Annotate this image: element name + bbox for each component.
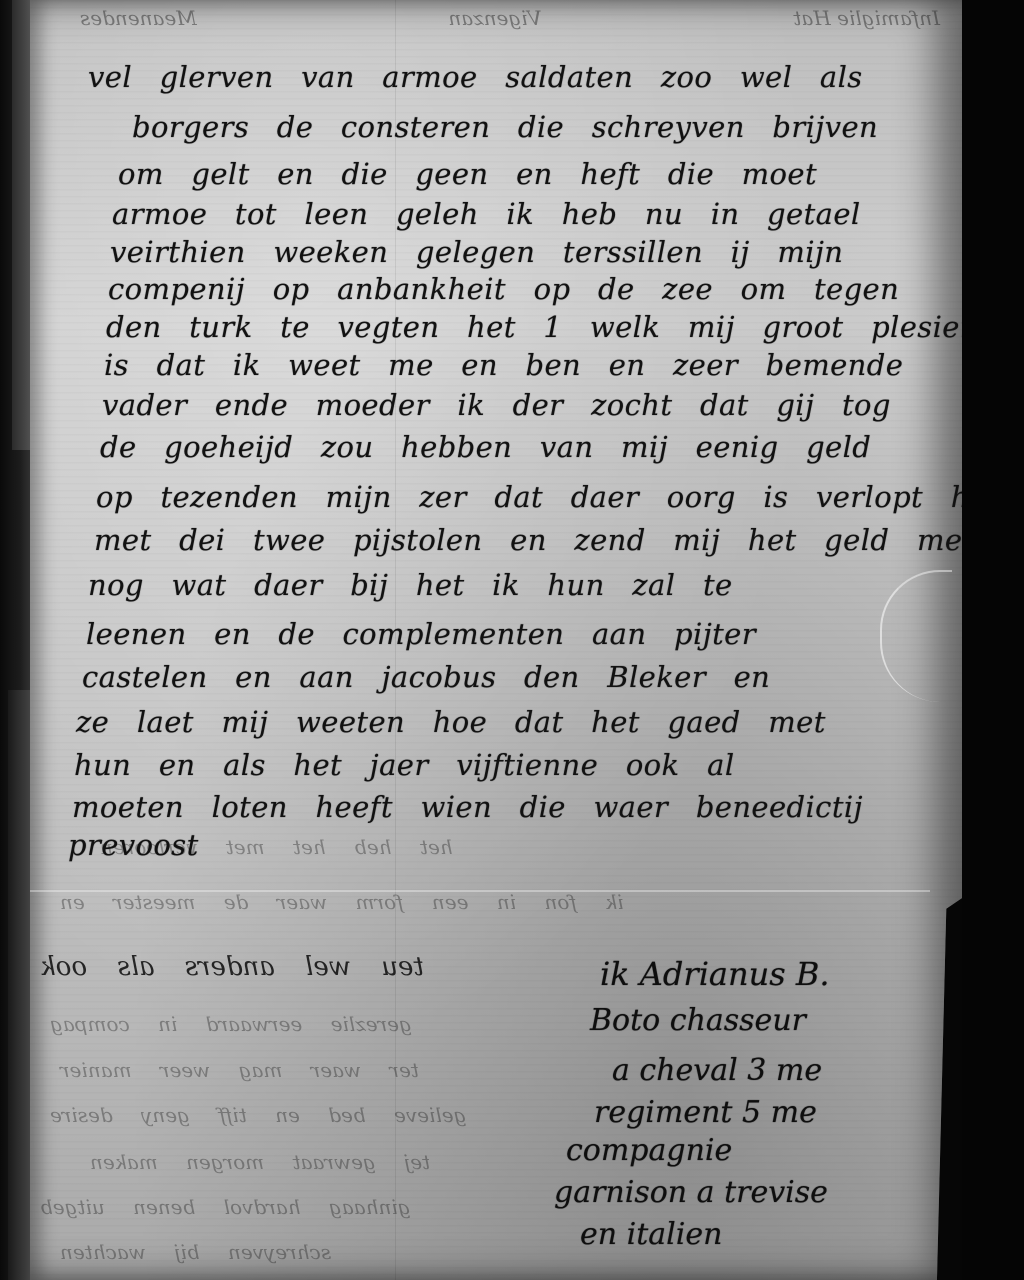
letter-line-11: op tezenden mijn zer dat daer oorg is ve… bbox=[96, 480, 999, 514]
reverse-bleed-line: tej gewraat morgen maken bbox=[90, 1150, 430, 1174]
reverse-bleed-line: gerezlie eerwaard in compag bbox=[50, 1012, 412, 1036]
signature-rank: Boto chasseur bbox=[590, 1003, 806, 1038]
left-gutter bbox=[0, 0, 34, 1280]
letter-line-7: den turk te vegten het 1 welk mij groot … bbox=[106, 310, 974, 344]
reverse-bleed-line: ik fon in een form waer de meester en bbox=[60, 890, 624, 914]
letter-line-17: hun en als het jaer vijftienne ook al bbox=[74, 748, 735, 782]
letter-line-1: vel glerven van armoe saldaten zoo wel a… bbox=[88, 60, 863, 94]
letter-line-16: ze laet mij weeten hoe dat het gaed met bbox=[76, 705, 826, 739]
letter-line-4: armoe tot leen geleh ik heb nu in getael bbox=[112, 197, 861, 231]
reverse-bleed-line: ter waer mag weer manier bbox=[60, 1058, 419, 1082]
header-bleed-word: Infamiglie Hat bbox=[793, 6, 940, 30]
letter-line-15: castelen en aan jacobus den Bleker en bbox=[82, 660, 770, 694]
letter-line-13: nog wat daer bij het ik hun zal te bbox=[88, 568, 733, 602]
letter-line-3: om gelt en die geen en heft die moet bbox=[118, 157, 817, 191]
signature-name: ik Adrianus B. bbox=[600, 955, 830, 993]
reverse-bleed-line: ginhaag hardvol benen uitgeb bbox=[40, 1195, 411, 1219]
signature-unit: a cheval 3 me bbox=[612, 1053, 822, 1088]
signature-company: compagnie bbox=[566, 1133, 732, 1168]
signature-garrison: garnison a trevise bbox=[554, 1175, 828, 1210]
header-bleed-word: Vigenzan bbox=[448, 6, 541, 30]
reverse-bleed-line: schreyven bij wachten bbox=[60, 1240, 331, 1264]
signature-country: en italien bbox=[580, 1217, 722, 1252]
letter-line-5: veirthien weeken gelegen terssillen ij m… bbox=[110, 235, 843, 269]
letter-line-6: compenij op anbankheit op de zee om tege… bbox=[108, 272, 899, 306]
letter-line-8: is dat ik weet me en ben en zeer bemende bbox=[104, 348, 903, 382]
letter-line-19: prevoost bbox=[68, 828, 199, 862]
right-dark-margin bbox=[962, 0, 1024, 1280]
letter-line-9: vader ende moeder ik der zocht dat gij t… bbox=[102, 388, 891, 422]
document-scan: Infamiglie Hat Vigenzan Meanendes het he… bbox=[0, 0, 1024, 1280]
letter-line-10: de goeheijd zou hebben van mij eenig gel… bbox=[100, 430, 871, 464]
letter-line-14: leenen en de complementen aan pijter bbox=[86, 617, 756, 651]
letter-line-12: met dei twee pijstolen en zend mij het g… bbox=[94, 523, 974, 557]
letter-line-2: borgers de consteren die schreyven brijv… bbox=[132, 110, 878, 144]
header-bleed-word: Meanendes bbox=[80, 6, 197, 30]
signature-regiment: regiment 5 me bbox=[594, 1095, 817, 1130]
reverse-bleed-line: gelieve bed en tiff geny desire bbox=[50, 1103, 466, 1127]
header-bleed-through: Infamiglie Hat Vigenzan Meanendes bbox=[80, 6, 940, 30]
reverse-bleed-line-dark: teu wel anders als ook bbox=[40, 952, 424, 982]
letter-line-18: moeten loten heeft wien die waer beneedi… bbox=[72, 790, 863, 824]
